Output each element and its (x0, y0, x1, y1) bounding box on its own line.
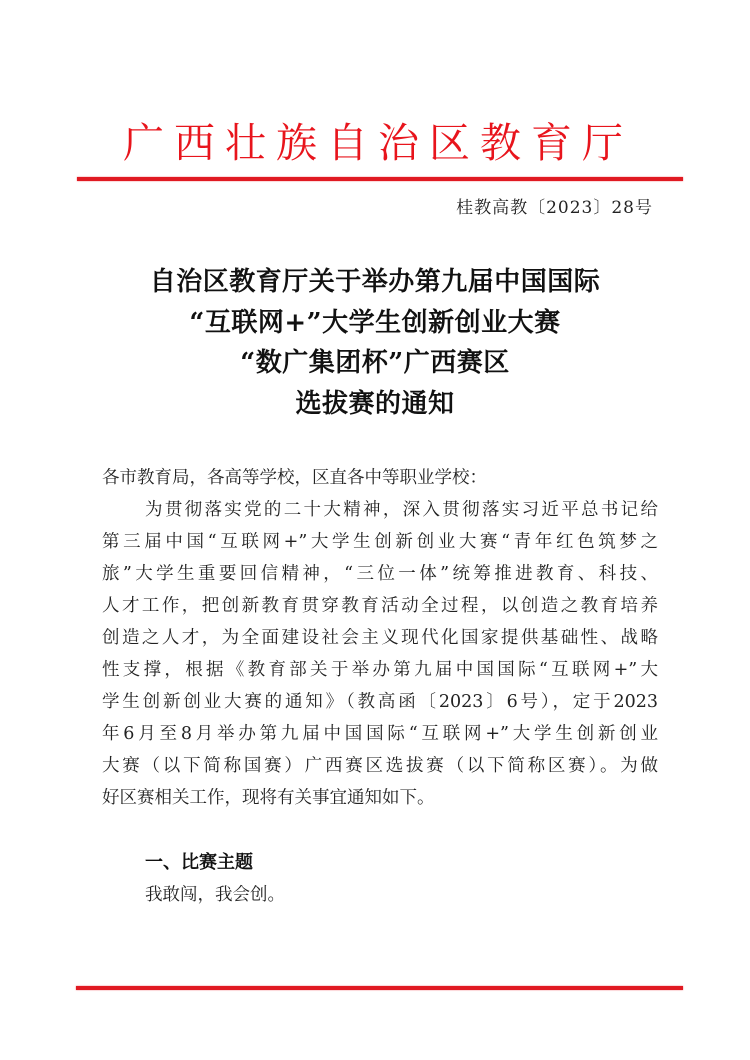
paragraph-line: 大赛（以下简称国赛）广西赛区选拔赛（以下简称区赛）。为做 (102, 750, 658, 782)
paragraph-line: 旅”大学生重要回信精神，“三位一体”统筹推进教育、科技、 (102, 558, 658, 590)
notice-title-line: “数广集团杯”广西赛区 (0, 343, 750, 384)
section-heading: 一、比赛主题 (145, 847, 253, 879)
issuer-header: 广西壮族自治区教育厅 (0, 118, 750, 168)
red-footer-rule (76, 986, 683, 990)
paragraph-line: 学生创新创业大赛的通知》（教高函〔2023〕6号），定于2023 (102, 686, 658, 718)
document-page: 广西壮族自治区教育厅 桂教高教〔2023〕28号 自治区教育厅关于举办第九届中国… (0, 0, 750, 1060)
red-header-rule (77, 177, 683, 181)
notice-title-line: 选拔赛的通知 (0, 384, 750, 425)
greeting: 各市教育局，各高等学校，区直各中等职业学校： (102, 462, 658, 494)
document-number: 桂教高教〔2023〕28号 (430, 195, 653, 221)
paragraph-line: 为贯彻落实党的二十大精神，深入贯彻落实习近平总书记给 (145, 494, 658, 526)
paragraph-line: 创造之人才，为全面建设社会主义现代化国家提供基础性、战略 (102, 622, 658, 654)
paragraph-line: 性支撑，根据《教育部关于举办第九届中国国际“互联网+”大 (102, 654, 658, 686)
notice-title-line: “互联网+”大学生创新创业大赛 (0, 303, 750, 344)
paragraph-line: 人才工作，把创新教育贯穿教育活动全过程，以创造之教育培养 (102, 590, 658, 622)
paragraph-line: 好区赛相关工作，现将有关事宜通知如下。 (102, 782, 658, 814)
notice-title-line: 自治区教育厅关于举办第九届中国国际 (0, 262, 750, 303)
notice-title: 自治区教育厅关于举办第九届中国国际 “互联网+”大学生创新创业大赛 “数广集团杯… (0, 262, 750, 424)
paragraph-line: 第三届中国“互联网+”大学生创新创业大赛“青年红色筑梦之 (102, 526, 658, 558)
paragraph-line: 年6月至8月举办第九届中国国际“互联网+”大学生创新创业 (102, 718, 658, 750)
section-content: 我敢闯，我会创。 (145, 879, 658, 911)
